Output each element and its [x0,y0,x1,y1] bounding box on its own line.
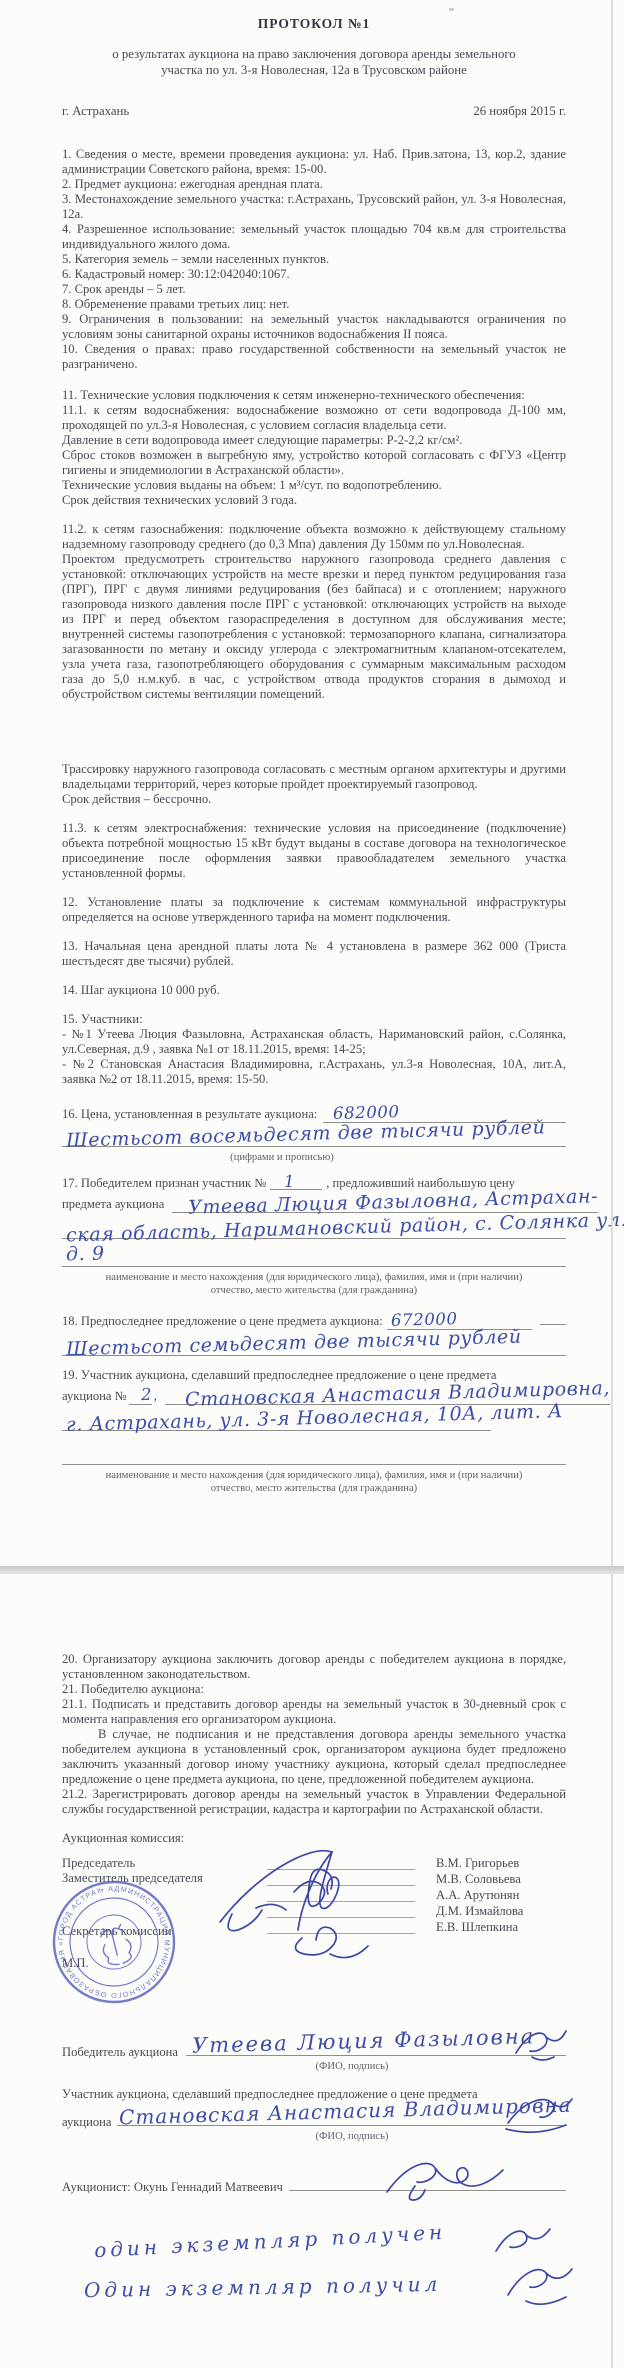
name-place-caption-2: отчество, место жительства (для граждани… [62,1284,566,1297]
city-label: г. Астрахань [62,104,129,119]
item-11-2: 11.2. к сетям газоснабжения: подключение… [62,522,566,552]
date-label: 26 ноября 2015 г. [473,104,566,119]
document-page-2: 20. Организатору аукциона заключить дого… [0,1574,624,2368]
item-15-participant-1: - №1 Утеева Люция Фазыловна, Астраханска… [62,1027,566,1057]
member-shlepkina: Е.В. Шлепкина [436,1920,518,1935]
prelast-digits-field-2 [540,1305,566,1325]
item-19-comma: , [154,1389,157,1404]
signature-commission-cluster [202,1842,442,1960]
winner-name-handwriting-3: д. 9 [66,1242,105,1265]
item-18-label: 18. Предпоследнее предложение о цене пре… [62,1314,383,1329]
item-9: 9. Ограничения в пользовании: на земельн… [62,312,566,342]
winner-sign-field: Утеева Люция Фазыловна [186,2030,566,2056]
item-2: 2. Предмет аукциона: ежегодная арендная … [62,177,566,192]
winner-name-field: Утеева Люция Фазыловна, Астрахан- [172,1191,598,1213]
item-3: 3. Местонахождение земельного участка: г… [62,192,566,222]
prelast-words-row: Шестьсот семьдесят две тысячи рублей [62,1330,566,1360]
runner-sign-row: аукциона Становская Анастасия Владимиров… [62,2102,566,2130]
auctioneer-label: Аукционист: Окунь Геннадий Матвеевич [62,2180,283,2195]
item-21-1-note: В случае, не подписания и не представлен… [62,1727,566,1787]
item-5: 5. Категория земель – земли населенных п… [62,252,566,267]
price-words-row: Шестьсот восемьдесят две тысячи рублей [62,1123,566,1151]
item-11-1: 11.1. к сетям водоснабжения: водоснабжен… [62,403,566,433]
winner-sign-row: Победитель аукциона Утеева Люция Фазылов… [62,2030,566,2060]
item-11-1-volume: Технические условия выданы на объем: 1 м… [62,478,566,493]
winner-number-field: 1 [270,1172,322,1190]
city-date-row: г. Астрахань 26 ноября 2015 г. [62,104,566,119]
member-izmailova: Д.М. Измайлова [436,1904,523,1919]
signature-runner [504,2093,574,2133]
item-15: 15. Участники: [62,1012,566,1027]
item-11-2-term: Срок действия – бессрочно. [62,792,566,807]
role-chairman: Председатель [62,1856,135,1871]
item-14: 14. Шаг аукциона 10 000 руб. [62,983,566,998]
note-row-2: Один экземпляр получил [62,2271,566,2313]
page-break [0,1566,624,1574]
name-place-caption-3: наименование и место нахождения (для юри… [62,1469,566,1482]
signature-auctioneer [379,2156,509,2202]
scan-edge-2 [611,1574,613,2368]
commission-block: Председатель Заместитель председателя Се… [62,1856,566,2012]
winner-sign-handwriting: Утеева Люция Фазыловна [192,2024,536,2058]
winner-sign-label: Победитель аукциона [62,2045,178,2060]
winner-number-handwriting: 1 [284,1172,296,1191]
item-4: 4. Разрешенное использование: земельный … [62,222,566,252]
item-1: 1. Сведения о месте, времени проведения … [62,147,566,177]
item-19-label-2: аукциона № [62,1389,127,1404]
item-17-label: 17. Победителем признан участник № [62,1176,266,1191]
item-21: 21. Победителю аукциона: [62,1682,566,1697]
signature-note-1 [492,2223,552,2259]
item-21-1: 21.1. Подписать и представить договор ар… [62,1697,566,1727]
item-11-1-term: Срок действия технических условий 3 года… [62,493,566,508]
member-grigorev: В.М. Григорьев [436,1856,519,1871]
item-21-2: 21.2. Зарегистрировать договор аренды на… [62,1787,566,1817]
runner-sign-field: Становская Анастасия Владимировна [117,2102,566,2126]
auctioneer-sign-field [289,2173,566,2191]
name-place-caption-1: наименование и место нахождения (для юри… [62,1271,566,1284]
item-16-label: 16. Цена, установленная в результате аук… [62,1107,317,1122]
official-round-stamp: • АДМИНИСТРАЦИЯ МУНИЦИПАЛЬНОГО ОБРАЗОВАН… [36,1864,191,2019]
document-page-1: ПРОТОКОЛ №1 о результатах аукциона на пр… [0,0,624,1566]
item-13: 13. Начальная цена арендной платы лота №… [62,939,566,969]
runner-fio-caption: (ФИО, подпись) [192,2130,512,2143]
item-11: 11. Технические условия подключения к се… [62,388,566,403]
svg-text:• АДМИНИСТРАЦИЯ МУНИЦИПАЛЬНОГО: • АДМИНИСТРАЦИЯ МУНИЦИПАЛЬНОГО ОБРАЗОВАН… [36,1864,184,2014]
item-17-row2: предмета аукциона Утеева Люция Фазыловна… [62,1191,566,1213]
member-soloveva: М.В. Соловьева [436,1872,521,1887]
winner-name-row2: ская область, Наримановский район, с. Со… [62,1213,566,1243]
item-10: 10. Сведения о правах: право государстве… [62,342,566,372]
signature-note-2 [502,2261,582,2309]
item-11-2-project: Проектом предусмотреть строительство нар… [62,552,566,702]
stamp-place-label: М.П. [62,1956,89,1971]
runner-sign-label-2: аукциона [62,2115,111,2130]
note-2-handwriting: Один экземпляр получил [84,2272,442,2302]
note-1-handwriting: один экземпляр получен [94,2220,447,2262]
signature-winner [512,2027,568,2061]
item-8: 8. Обременение правами третьих лиц: нет. [62,297,566,312]
receipt-notes: один экземпляр получен Один экземпляр по… [62,2229,566,2313]
runner-name-row3-empty [62,1435,566,1469]
item-11-2-routing: Трассировку наружного газопровода соглас… [62,762,566,792]
item-6: 6. Кадастровый номер: 30:12:042040:1067. [62,267,566,282]
item-20: 20. Организатору аукциона заключить дого… [62,1652,566,1682]
winner-name-field-3 [62,1266,566,1267]
item-12: 12. Установление платы за подключение к … [62,895,566,925]
item-7: 7. Срок аренды – 5 лет. [62,282,566,297]
digits-words-caption: (цифрами и прописью) [62,1151,502,1164]
note-row-1: один экземпляр получен [62,2229,566,2271]
document-subtitle: о результатах аукциона на право заключен… [94,46,534,78]
document-title: ПРОТОКОЛ №1 [62,16,566,32]
member-arutyunyan: А.А. Арутюнян [436,1888,519,1903]
item-17-label-3: предмета аукциона [62,1197,164,1212]
item-11-1-pressure: Давление в сети водопровода имеет следую… [62,433,566,448]
item-11-3: 11.3. к сетям электроснабжения: техничес… [62,821,566,881]
winner-fio-caption: (ФИО, подпись) [192,2060,512,2073]
runner-number-field: 2 [129,1385,152,1405]
item-15-participant-2: - №2 Становская Анастасия Владимировна, … [62,1057,566,1087]
scan-edge [611,0,613,1566]
runner-name-field-3 [62,1464,566,1465]
winner-name-row3: д. 9 [62,1243,566,1271]
auctioneer-row: Аукционист: Окунь Геннадий Матвеевич [62,2173,566,2195]
runner-number-handwriting: 2 [140,1385,152,1404]
item-11-1-drain: Сброс стоков возможен в выгребную яму, у… [62,448,566,478]
stamp-ring-text: • АДМИНИСТРАЦИЯ МУНИЦИПАЛЬНОГО ОБРАЗОВАН… [36,1864,184,2014]
runner-name-row2: г. Астрахань, ул. 3-я Новолесная, 10А, л… [62,1405,566,1435]
name-place-caption-4: отчество, место жительства (для граждани… [62,1482,566,1495]
scan-artifact-dot [449,8,454,11]
